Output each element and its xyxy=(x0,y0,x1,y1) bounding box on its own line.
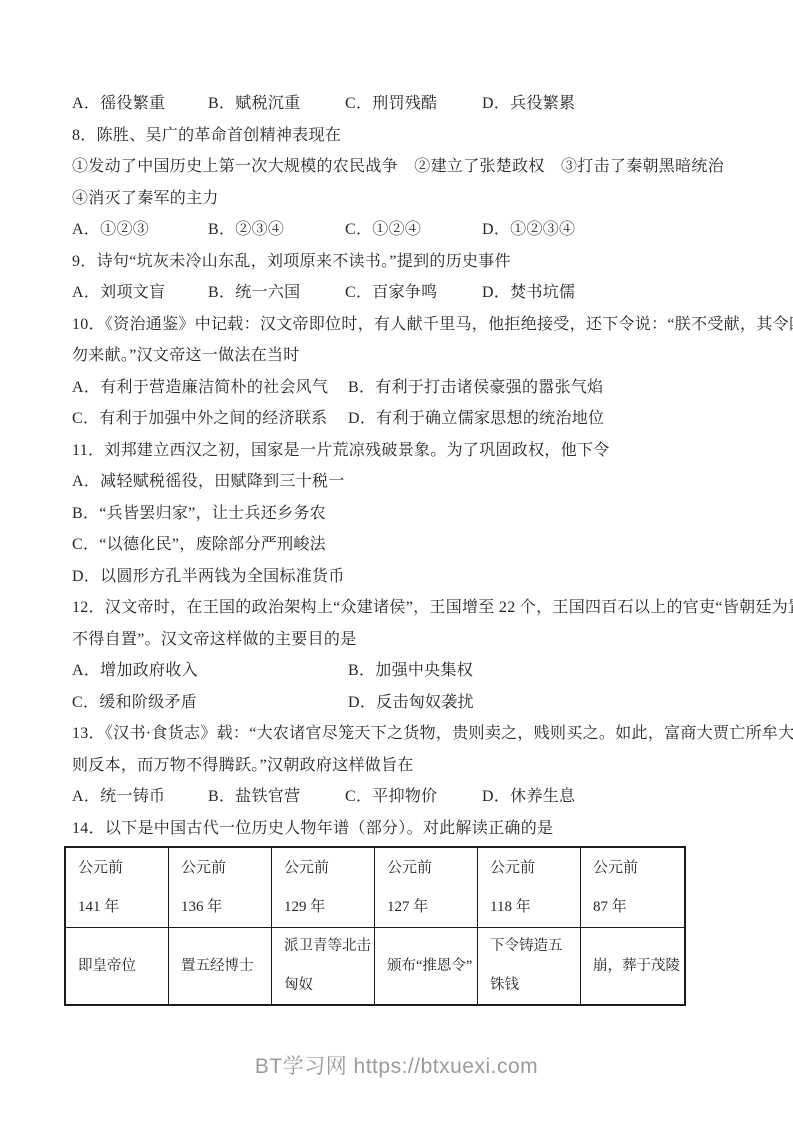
q12-option-b: B．加强中央集权 xyxy=(348,655,736,687)
question-9-options-row: A．刘项文盲 B．统一六国 C．百家争鸣 D．焚书坑儒 xyxy=(72,277,736,309)
q13-stem-line2: 则反本，而万物不得腾跃。”汉朝政府这样做旨在 xyxy=(72,750,736,782)
table-event-cell: 崩，葬于茂陵 xyxy=(581,928,684,1004)
q13-option-c: C．平抑物价 xyxy=(345,781,482,813)
table-year-cell: 公元前 129 年 xyxy=(272,848,375,928)
q13-option-a: A．统一铸币 xyxy=(72,781,208,813)
q8-option-b: B．②③④ xyxy=(208,214,345,246)
exam-document-page: A．徭役繁重 B．赋税沉重 C．刑罚残酷 D．兵役繁累 8．陈胜、吴广的革命首创… xyxy=(0,0,793,1122)
q13-stem-line1: 13．《汉书·食货志》载：“大农诸官尽笼天下之货物，贵则卖之，贱则买之。如此，富… xyxy=(72,718,736,750)
q12-option-c: C．缓和阶级矛盾 xyxy=(72,687,348,719)
q8-option-a: A．①②③ xyxy=(72,214,208,246)
q10-option-b: B．有利于打击诸侯豪强的嚣张气焰 xyxy=(348,372,736,404)
question-13-options-row: A．统一铸币 B．盐铁官营 C．平抑物价 D．休养生息 xyxy=(72,781,736,813)
q10-stem-line1: 10．《资治通鉴》中记载：汉文帝即位时，有人献千里马，他拒绝接受，还下令说：“朕… xyxy=(72,309,736,341)
q11-option-d: D．以圆形方孔半两钱为全国标准货币 xyxy=(72,561,736,593)
q13-option-b: B．盐铁官营 xyxy=(208,781,345,813)
question-10-options-row-1: A．有利于营造廉洁简朴的社会风气 B．有利于打击诸侯豪强的嚣张气焰 xyxy=(72,372,736,404)
q8-items-line1: ①发动了中国历史上第一次大规模的农民战争 ②建立了张楚政权 ③打击了秦朝黑暗统治 xyxy=(72,151,736,183)
question-10-options-row-2: C．有利于加强中外之间的经济联系 D．有利于确立儒家思想的统治地位 xyxy=(72,403,736,435)
q11-option-a: A．减轻赋税徭役，田赋降到三十税一 xyxy=(72,466,736,498)
table-event-cell: 颁布“推恩令” xyxy=(375,928,478,1004)
q7-option-b: B．赋税沉重 xyxy=(208,88,345,120)
q12-stem-line1: 12．汉文帝时，在王国的政治架构上“众建诸侯”，王国增至 22 个，王国四百石以… xyxy=(72,592,736,624)
question-8-options-row: A．①②③ B．②③④ C．①②④ D．①②③④ xyxy=(72,214,736,246)
q9-stem: 9．诗句“坑灰未冷山东乱，刘项原来不读书。”提到的历史事件 xyxy=(72,246,736,278)
q12-option-a: A．增加政府收入 xyxy=(72,655,348,687)
exam-body: A．徭役繁重 B．赋税沉重 C．刑罚残酷 D．兵役繁累 8．陈胜、吴广的革命首创… xyxy=(72,88,736,844)
question-12-options-row-2: C．缓和阶级矛盾 D．反击匈奴袭扰 xyxy=(72,687,736,719)
q9-option-a: A．刘项文盲 xyxy=(72,277,208,309)
q7-option-d: D．兵役繁累 xyxy=(482,88,736,120)
table-year-cell: 公元前 136 年 xyxy=(169,848,272,928)
q8-items-line2: ④消灭了秦军的主力 xyxy=(72,183,736,215)
watermark-site-link: BT学习网 https://btxuexi.com xyxy=(0,1050,793,1080)
q14-timeline-table: 公元前 141 年 公元前 136 年 公元前 129 年 公元前 127 年 … xyxy=(64,846,686,1006)
q12-stem-line2: 不得自置”。汉文帝这样做的主要目的是 xyxy=(72,624,736,656)
q11-option-c: C．“以德化民”，废除部分严刑峻法 xyxy=(72,529,736,561)
q9-option-c: C．百家争鸣 xyxy=(345,277,482,309)
question-12-options-row-1: A．增加政府收入 B．加强中央集权 xyxy=(72,655,736,687)
q11-stem: 11．刘邦建立西汉之初，国家是一片荒凉残破景象。为了巩固政权，他下令 xyxy=(72,435,736,467)
table-event-cell: 即皇帝位 xyxy=(66,928,169,1004)
q7-option-c: C．刑罚残酷 xyxy=(345,88,482,120)
q10-option-a: A．有利于营造廉洁简朴的社会风气 xyxy=(72,372,348,404)
q11-option-b: B．“兵皆罢归家”，让士兵还乡务农 xyxy=(72,498,736,530)
q8-option-d: D．①②③④ xyxy=(482,214,736,246)
table-event-cell: 下令铸造五 铢钱 xyxy=(478,928,581,1004)
table-event-cell: 置五经博士 xyxy=(169,928,272,1004)
q9-option-d: D．焚书坑儒 xyxy=(482,277,736,309)
q9-option-b: B．统一六国 xyxy=(208,277,345,309)
q14-stem: 14．以下是中国古代一位历史人物年谱（部分）。对此解读正确的是 xyxy=(72,813,736,845)
q10-option-c: C．有利于加强中外之间的经济联系 xyxy=(72,403,348,435)
table-year-cell: 公元前 141 年 xyxy=(66,848,169,928)
q8-option-c: C．①②④ xyxy=(345,214,482,246)
q7-option-a: A．徭役繁重 xyxy=(72,88,208,120)
q10-stem-line2: 勿来献。”汉文帝这一做法在当时 xyxy=(72,340,736,372)
q10-option-d: D．有利于确立儒家思想的统治地位 xyxy=(348,403,736,435)
q8-stem: 8．陈胜、吴广的革命首创精神表现在 xyxy=(72,120,736,152)
table-event-cell: 派卫青等北击 匈奴 xyxy=(272,928,375,1004)
q13-option-d: D．休养生息 xyxy=(482,781,736,813)
table-year-cell: 公元前 87 年 xyxy=(581,848,684,928)
q12-option-d: D．反击匈奴袭扰 xyxy=(348,687,736,719)
table-year-cell: 公元前 127 年 xyxy=(375,848,478,928)
question-7-options-row: A．徭役繁重 B．赋税沉重 C．刑罚残酷 D．兵役繁累 xyxy=(72,88,736,120)
table-year-cell: 公元前 118 年 xyxy=(478,848,581,928)
